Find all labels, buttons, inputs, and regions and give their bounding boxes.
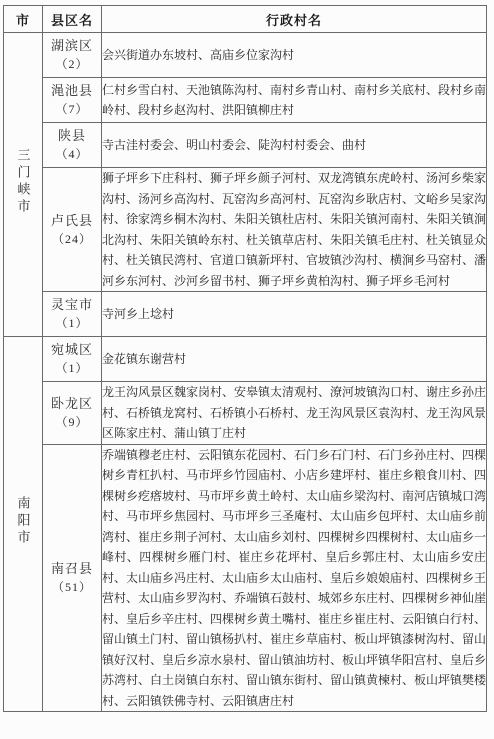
county-count: （7） (43, 100, 101, 119)
county-count: （1） (43, 314, 101, 333)
county-inner: 灵宝市（1） (43, 292, 101, 336)
table-header-row: 市 县区名 行政村名 (4, 6, 487, 33)
villages-cell: 金花镇东谢营村 (102, 337, 487, 382)
villages-cell: 寺河乡上埝村 (102, 292, 487, 337)
table-row: 卧龙区（9）龙王沟风景区魏家岗村、安皋镇太清观村、潦河坡镇沟口村、谢庄乡孙庄村、… (4, 382, 487, 445)
table-row: 南召县（51）乔端镇穆老庄村、云阳镇东花园村、石门乡石门村、石门乡孙庄村、四棵树… (4, 444, 487, 712)
document-page: 市 县区名 行政村名 三门峡市湖滨区（2）会兴街道办东坡村、高庙乡位家沟村渑池县… (0, 0, 494, 739)
table-row: 卢氏县（24）狮子坪乡下庄科村、狮子坪乡颜子河村、双龙湾镇东虎岭村、汤河乡柴家沟… (4, 168, 487, 292)
table-row: 渑池县（7）仁村乡雪白村、天池镇陈沟村、南村乡青山村、南村乡关底村、段村乡南岭村… (4, 78, 487, 123)
table-row: 陕县（4）寺古洼村委会、明山村委会、陡沟村村委会、曲村 (4, 123, 487, 168)
city-label: 三门峡市 (14, 148, 33, 216)
county-name: 湖滨区 (43, 36, 101, 55)
county-inner: 宛城区（1） (43, 337, 101, 381)
county-cell: 陕县（4） (43, 123, 102, 168)
county-cell: 卧龙区（9） (43, 382, 102, 445)
county-inner: 卢氏县（24） (43, 208, 101, 252)
county-cell: 南召县（51） (43, 444, 102, 712)
table-body: 三门峡市湖滨区（2）会兴街道办东坡村、高庙乡位家沟村渑池县（7）仁村乡雪白村、天… (4, 33, 487, 712)
county-name: 卧龙区 (43, 394, 101, 413)
villages-cell: 乔端镇穆老庄村、云阳镇东花园村、石门乡石门村、石门乡孙庄村、四棵树乡青杠扒村、马… (102, 444, 487, 712)
county-count: （51） (43, 578, 101, 597)
villages-cell: 狮子坪乡下庄科村、狮子坪乡颜子河村、双龙湾镇东虎岭村、汤河乡柴家沟村、汤河乡高沟… (102, 168, 487, 292)
villages-cell: 会兴街道办东坡村、高庙乡位家沟村 (102, 33, 487, 78)
county-name: 卢氏县 (43, 211, 101, 230)
county-name: 南召县 (43, 559, 101, 578)
county-count: （24） (43, 230, 101, 249)
county-count: （2） (43, 55, 101, 74)
county-inner: 南召县（51） (43, 556, 101, 600)
header-county: 县区名 (43, 6, 102, 33)
village-table: 市 县区名 行政村名 三门峡市湖滨区（2）会兴街道办东坡村、高庙乡位家沟村渑池县… (3, 5, 487, 712)
city-label: 南阳市 (14, 496, 33, 547)
county-count: （4） (43, 145, 101, 164)
county-cell: 渑池县（7） (43, 78, 102, 123)
city-cell: 南阳市 (4, 337, 43, 712)
county-inner: 陕县（4） (43, 123, 101, 167)
county-name: 宛城区 (43, 340, 101, 359)
county-inner: 渑池县（7） (43, 78, 101, 122)
table-row: 南阳市宛城区（1）金花镇东谢营村 (4, 337, 487, 382)
villages-cell: 仁村乡雪白村、天池镇陈沟村、南村乡青山村、南村乡关底村、段村乡南岭村、段村乡赵沟… (102, 78, 487, 123)
header-city: 市 (4, 6, 43, 33)
county-count: （1） (43, 359, 101, 378)
county-name: 陕县 (43, 126, 101, 145)
county-count: （9） (43, 413, 101, 432)
header-villages: 行政村名 (102, 6, 487, 33)
county-cell: 卢氏县（24） (43, 168, 102, 292)
county-cell: 灵宝市（1） (43, 292, 102, 337)
county-name: 灵宝市 (43, 295, 101, 314)
city-cell: 三门峡市 (4, 33, 43, 337)
county-cell: 宛城区（1） (43, 337, 102, 382)
county-name: 渑池县 (43, 81, 101, 100)
county-cell: 湖滨区（2） (43, 33, 102, 78)
table-row: 灵宝市（1）寺河乡上埝村 (4, 292, 487, 337)
county-inner: 卧龙区（9） (43, 391, 101, 435)
villages-cell: 龙王沟风景区魏家岗村、安皋镇太清观村、潦河坡镇沟口村、谢庄乡孙庄村、石桥镇龙窝村… (102, 382, 487, 445)
county-inner: 湖滨区（2） (43, 33, 101, 77)
villages-cell: 寺古洼村委会、明山村委会、陡沟村村委会、曲村 (102, 123, 487, 168)
table-row: 三门峡市湖滨区（2）会兴街道办东坡村、高庙乡位家沟村 (4, 33, 487, 78)
